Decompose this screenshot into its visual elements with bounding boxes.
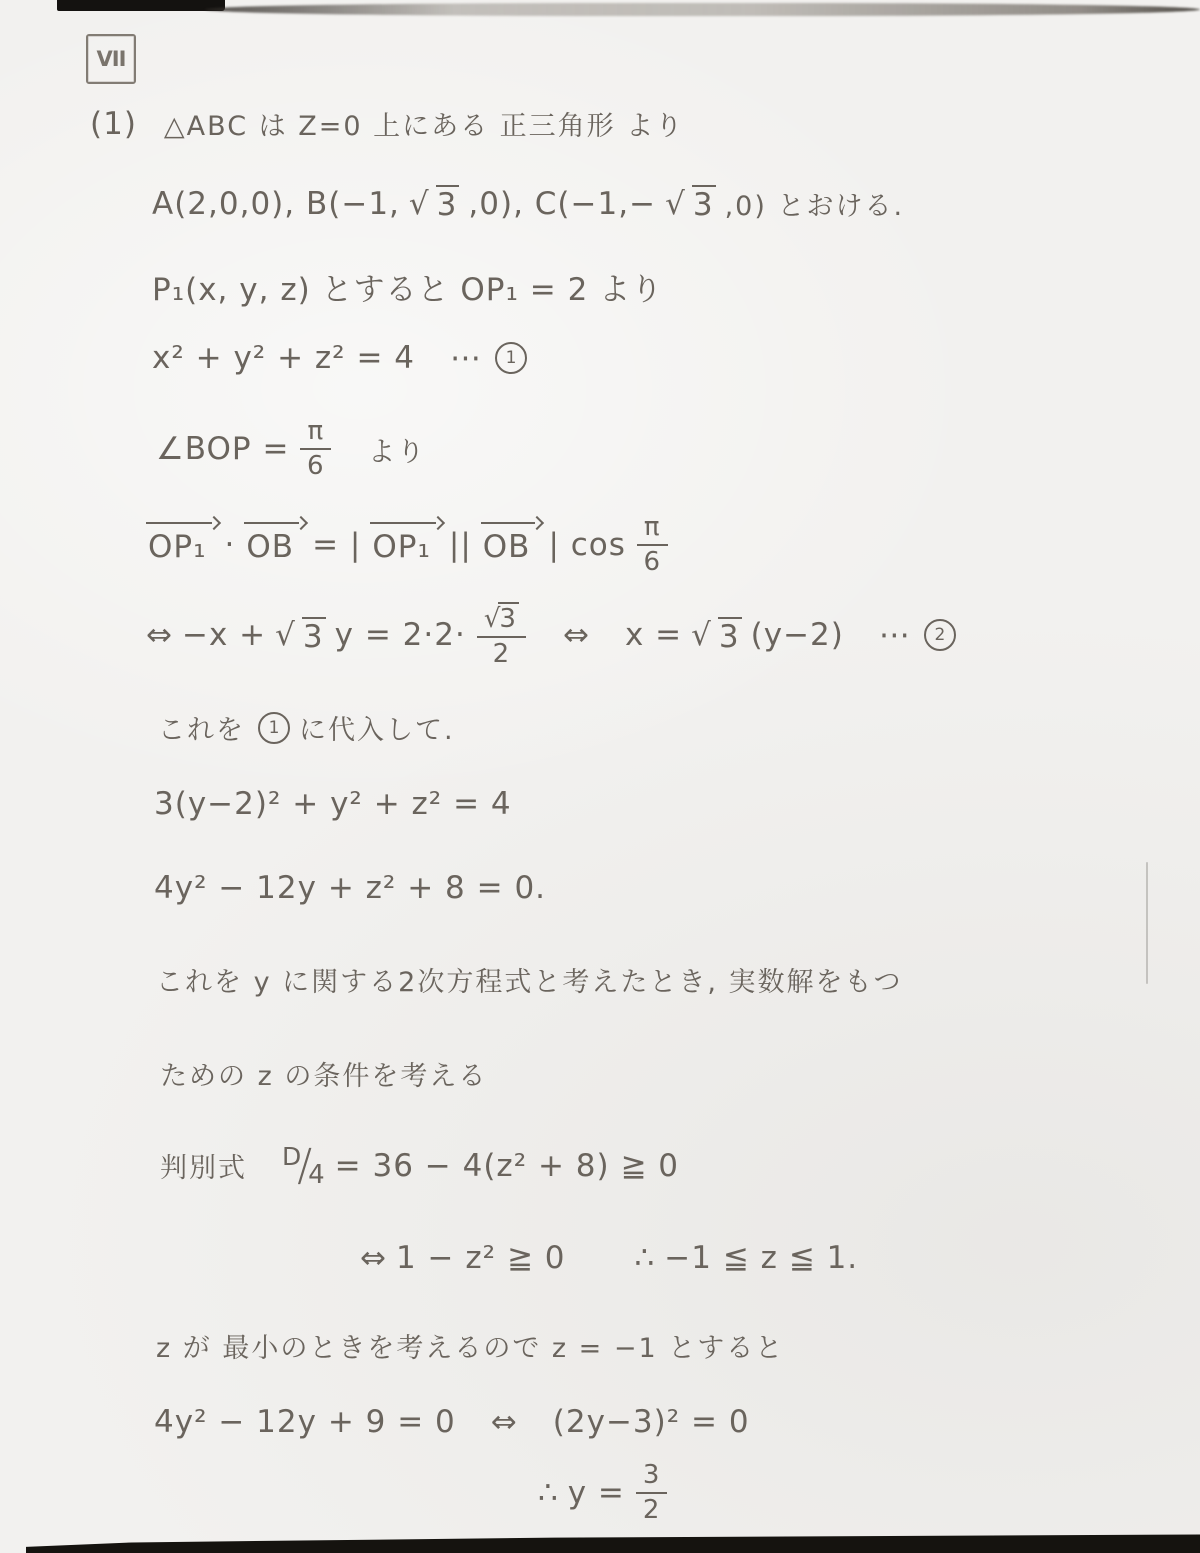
circled-number-1: 1 [495,342,527,374]
radicand: 3 [302,617,326,654]
fraction-pi-6: π 6 [637,514,668,577]
statement-text: △ABC は Z=0 上にある 正三角形 より [164,104,684,143]
radical-sign: √ [409,186,429,222]
iff-symbol: ⇔ [563,617,590,653]
point-definition-text: P₁(x, y, z) とすると OP₁ = 2 より [152,264,663,309]
line-coordinates: A(2,0,0), B(−1, √3 ,0), C(−1,− √3 ,0) とお… [152,184,904,223]
fraction-numerator: 3 [636,1462,668,1494]
equation-segment: || [449,527,472,563]
discriminant-numerator: D [282,1142,302,1171]
coords-segment: ,0) とおける. [725,184,904,223]
line-answer: ∴ y = 3 2 [538,1462,669,1525]
equation-segment: | cos [548,527,625,563]
equation-segment: −x + [182,617,266,653]
therefore-symbol: ∴ [538,1475,559,1511]
line-reasoning-2: ための z の条件を考える [160,1054,487,1093]
circled-number-1: 1 [258,712,290,744]
line-reasoning-1: これを y に関する2次方程式と考えたとき, 実数解をもつ [156,960,903,999]
line-statement-triangle: (1) △ABC は Z=0 上にある 正三角形 より [90,104,684,143]
discriminant-denominator: 4 [308,1160,326,1190]
vector-op1: OP₁ [370,526,440,565]
radicand: 3 [692,185,716,222]
equation-segment: (2y−3)² = 0 [553,1404,750,1440]
radical-sign: √ [275,617,295,653]
answer-expression: y = [568,1475,625,1511]
radicand: 3 [718,617,742,654]
coords-segment: ,0), C(−1,− [468,186,656,222]
part-label: (1) [90,106,137,142]
fraction-numerator: √3 [477,602,526,638]
line-dot-product: OP₁ · OB = | OP₁ || OB | cos π 6 [146,514,670,577]
fraction-denominator: 2 [493,638,511,668]
reasoning-text: ための z の条件を考える [160,1054,487,1093]
scan-artifact-top-band [205,3,1200,16]
equation-text: x² + y² + z² = 4 [152,340,415,376]
coords-segment: A(2,0,0), B(−1, [152,186,400,222]
cdots: ⋯ [879,617,911,653]
line-substitute: これを 1 に代入して. [158,708,455,747]
line-final-quadratic: 4y² − 12y + 9 = 0 ⇔ (2y−3)² = 0 [154,1404,750,1440]
line-equation-1: x² + y² + z² = 4 ⋯ 1 [152,340,527,376]
line-discriminant: 判別式 D∕4 = 36 − 4(z² + 8) ≧ 0 [160,1140,679,1191]
problem-number: VII [97,47,126,71]
radicand: 3 [498,602,519,633]
line-point-definition: P₁(x, y, z) とすると OP₁ = 2 より [152,264,663,309]
radical-sign: √ [691,617,711,653]
equation-segment: (y−2) [751,617,844,653]
minimum-z-text: z が 最小のときを考えるので z = −1 とすると [156,1326,784,1365]
line-minimum-z: z が 最小のときを考えるので z = −1 とすると [156,1326,784,1365]
discriminant-over-4: D∕4 [282,1140,326,1191]
line-equation-2: ⇔ −x + √3 y = 2·2· √3 2 ⇔ x = √3 (y−2) ⋯… [146,602,956,669]
equation-segment: x = [625,617,682,653]
reasoning-text: これを y に関する2次方程式と考えたとき, 実数解をもつ [156,960,903,999]
problem-number-box: VII [86,34,136,84]
equation-segment: = | [312,527,361,563]
circled-number-2: 2 [924,619,956,651]
discriminant-label: 判別式 [160,1146,247,1185]
equation-segment: y = 2·2· [335,617,466,653]
scan-artifact-bottom-band [26,1531,1200,1553]
paper-crease-mark [1146,862,1148,984]
angle-expression: ∠BOP = [156,431,289,467]
equation-text: 3(y−2)² + y² + z² = 4 [154,786,512,822]
iff-symbol: ⇔ [491,1404,518,1440]
equation-text: 4y² − 12y + z² + 8 = 0. [154,870,546,906]
radical-sign: √ [665,186,685,222]
fraction-sqrt3-2: √3 2 [477,602,526,669]
vector-ob: OB [244,526,303,565]
fraction-pi-6: π 6 [300,418,331,481]
cdots: ⋯ [450,340,482,376]
substitute-text: に代入して. [299,708,455,747]
yori-text: より [368,430,426,469]
fraction-numerator: π [637,514,668,546]
fraction-denominator: 6 [307,450,325,480]
iff-symbol: ⇔ [146,617,173,653]
dot-operator: · [225,527,236,563]
line-quadratic-equation: 4y² − 12y + z² + 8 = 0. [154,870,546,906]
fraction-numerator: π [300,418,331,450]
line-z-range: ⇔ 1 − z² ≧ 0 ∴ −1 ≦ z ≦ 1. [360,1240,858,1276]
line-angle: ∠BOP = π 6 より [156,418,426,481]
fraction-3-2: 3 2 [636,1462,668,1525]
substitute-text: これを [158,708,245,747]
fraction-denominator: 6 [643,546,661,576]
therefore-symbol: ∴ [635,1240,656,1276]
radicand: 3 [436,185,460,222]
equation-segment: 1 − z² ≧ 0 [396,1240,566,1276]
equation-segment: = 36 − 4(z² + 8) ≧ 0 [335,1148,679,1184]
vector-ob: OB [481,526,540,565]
iff-symbol: ⇔ [360,1240,387,1276]
vector-op1: OP₁ [146,526,216,565]
line-expanded-equation: 3(y−2)² + y² + z² = 4 [154,786,512,822]
scanned-notebook-page: VII (1) △ABC は Z=0 上にある 正三角形 より A(2,0,0)… [0,0,1200,1553]
scan-artifact-top-left [57,0,225,11]
equation-segment: 4y² − 12y + 9 = 0 [154,1404,456,1440]
fraction-denominator: 2 [643,1494,661,1524]
equation-segment: −1 ≦ z ≦ 1. [664,1240,858,1276]
